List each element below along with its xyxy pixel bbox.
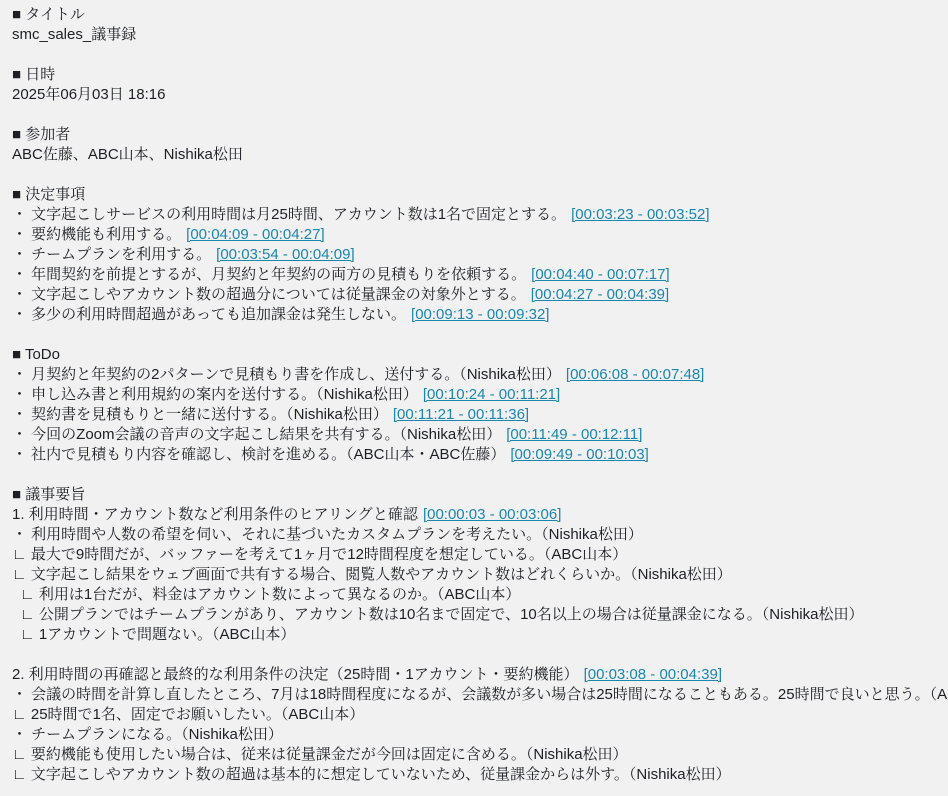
decision-item: ・ 年間契約を前提とするが、月契約と年契約の両方の見積もりを依頼する。[00:0… — [12, 265, 936, 285]
timestamp-link[interactable]: [00:10:24 - 00:11:21] — [423, 386, 560, 403]
summary-line: ∟ 25時間で1名、固定でお願いしたい。（ABC山本） — [12, 705, 936, 725]
decision-item: ・ 文字起こしサービスの利用時間は月25時間、アカウント数は1名で固定とする。[… — [12, 205, 936, 225]
participants-section: ■ 参加者 ABC佐藤、ABC山本、Nishika松田 — [12, 125, 936, 165]
todo-text: ・ 契約書を見積もりと一緒に送付する。（Nishika松田） — [12, 406, 388, 423]
todo-section: ■ ToDo ・ 月契約と年契約の2パターンで見積もり書を作成し、送付する。（N… — [12, 345, 936, 465]
timestamp-link[interactable]: [00:03:54 - 00:04:09] — [216, 246, 354, 263]
timestamp-link[interactable]: [00:11:49 - 00:12:11] — [506, 426, 642, 443]
decisions-section: ■ 決定事項 ・ 文字起こしサービスの利用時間は月25時間、アカウント数は1名で… — [12, 185, 936, 325]
timestamp-link[interactable]: [00:03:23 - 00:03:52] — [571, 206, 709, 223]
decision-text: ・ 文字起こしサービスの利用時間は月25時間、アカウント数は1名で固定とする。 — [12, 206, 566, 223]
participants-list: ABC佐藤、ABC山本、Nishika松田 — [12, 145, 936, 165]
summary-line: ∟ 公開プランではチームプランがあり、アカウント数は10名まで固定で、10名以上… — [12, 605, 936, 625]
timestamp-link[interactable]: [00:09:13 - 00:09:32] — [411, 306, 549, 323]
timestamp-link[interactable]: [00:03:08 - 00:04:39] — [584, 666, 722, 683]
summary-line: ∟ 文字起こし結果をウェブ画面で共有する場合、閲覧人数やアカウント数はどれくらい… — [12, 565, 936, 585]
decision-text: ・ 文字起こしやアカウント数の超過分については従量課金の対象外とする。 — [12, 286, 526, 303]
decision-text: ・ 要約機能も利用する。 — [12, 226, 181, 243]
datetime-section: ■ 日時 2025年06月03日 18:16 — [12, 65, 936, 105]
summary-topic-1: 1. 利用時間・アカウント数など利用条件のヒアリングと確認[00:00:03 -… — [12, 505, 936, 645]
decision-item: ・ 多少の利用時間超過があっても追加課金は発生しない。[00:09:13 - 0… — [12, 305, 936, 325]
timestamp-link[interactable]: [00:00:03 - 00:03:06] — [423, 506, 561, 523]
summary-line: ∟ 文字起こしやアカウント数の超過は基本的に想定していないため、従量課金からは外… — [12, 765, 936, 785]
section-heading-datetime: ■ 日時 — [12, 65, 936, 85]
todo-text: ・ 月契約と年契約の2パターンで見積もり書を作成し、送付する。（Nishika松… — [12, 366, 561, 383]
timestamp-link[interactable]: [00:04:27 - 00:04:39] — [531, 286, 669, 303]
decision-item: ・ 要約機能も利用する。[00:04:09 - 00:04:27] — [12, 225, 936, 245]
summary-topic-heading-text: 1. 利用時間・アカウント数など利用条件のヒアリングと確認 — [12, 506, 418, 523]
summary-line: ∟ 最大で9時間だが、バッファーを考えて1ヶ月で12時間程度を想定している。（A… — [12, 545, 936, 565]
todo-item: ・ 契約書を見積もりと一緒に送付する。（Nishika松田）[00:11:21 … — [12, 405, 936, 425]
meeting-minutes-document: ■ タイトル smc_sales_議事録 ■ 日時 2025年06月03日 18… — [0, 0, 948, 790]
summary-topic-heading: 2. 利用時間の再確認と最終的な利用条件の決定（25時間・1アカウント・要約機能… — [12, 665, 936, 685]
todo-item: ・ 申し込み書と利用規約の案内を送付する。（Nishika松田）[00:10:2… — [12, 385, 936, 405]
section-heading-participants: ■ 参加者 — [12, 125, 936, 145]
todo-text: ・ 申し込み書と利用規約の案内を送付する。（Nishika松田） — [12, 386, 418, 403]
timestamp-link[interactable]: [00:09:49 - 00:10:03] — [510, 446, 648, 463]
summary-topic-2: 2. 利用時間の再確認と最終的な利用条件の決定（25時間・1アカウント・要約機能… — [12, 665, 936, 785]
decision-item: ・ チームプランを利用する。[00:03:54 - 00:04:09] — [12, 245, 936, 265]
timestamp-link[interactable]: [00:11:21 - 00:11:36] — [393, 406, 529, 423]
todo-text: ・ 今回のZoom会議の音声の文字起こし結果を共有する。（Nishika松田） — [12, 426, 501, 443]
decision-item: ・ 文字起こしやアカウント数の超過分については従量課金の対象外とする。[00:0… — [12, 285, 936, 305]
summary-line: ∟ 要約機能も使用したい場合は、従来は従量課金だが今回は固定に含める。（Nish… — [12, 745, 936, 765]
summary-line: ・ 会議の時間を計算し直したところ、7月は18時間程度になるが、会議数が多い場合… — [12, 685, 936, 705]
timestamp-link[interactable]: [00:06:08 - 00:07:48] — [566, 366, 704, 383]
summary-line: ・ 利用時間や人数の希望を伺い、それに基づいたカスタムプランを考えたい。（Nis… — [12, 525, 936, 545]
decision-text: ・ 年間契約を前提とするが、月契約と年契約の両方の見積もりを依頼する。 — [12, 266, 526, 283]
summary-section: ■ 議事要旨 1. 利用時間・アカウント数など利用条件のヒアリングと確認[00:… — [12, 485, 936, 785]
title-section: ■ タイトル smc_sales_議事録 — [12, 5, 936, 45]
timestamp-link[interactable]: [00:04:09 - 00:04:27] — [186, 226, 324, 243]
todo-item: ・ 社内で見積もり内容を確認し、検討を進める。（ABC山本・ABC佐藤）[00:… — [12, 445, 936, 465]
meeting-title: smc_sales_議事録 — [12, 25, 936, 45]
summary-line: ∟ 利用は1台だが、料金はアカウント数によって異なるのか。（ABC山本） — [12, 585, 936, 605]
timestamp-link[interactable]: [00:04:40 - 00:07:17] — [531, 266, 669, 283]
summary-line: ∟ 1アカウントで問題ない。（ABC山本） — [12, 625, 936, 645]
todo-item: ・ 月契約と年契約の2パターンで見積もり書を作成し、送付する。（Nishika松… — [12, 365, 936, 385]
section-heading-todo: ■ ToDo — [12, 345, 936, 365]
decision-text: ・ チームプランを利用する。 — [12, 246, 211, 263]
meeting-datetime: 2025年06月03日 18:16 — [12, 85, 936, 105]
todo-item: ・ 今回のZoom会議の音声の文字起こし結果を共有する。（Nishika松田）[… — [12, 425, 936, 445]
todo-text: ・ 社内で見積もり内容を確認し、検討を進める。（ABC山本・ABC佐藤） — [12, 446, 505, 463]
decision-text: ・ 多少の利用時間超過があっても追加課金は発生しない。 — [12, 306, 406, 323]
section-heading-summary: ■ 議事要旨 — [12, 485, 936, 505]
summary-topic-heading: 1. 利用時間・アカウント数など利用条件のヒアリングと確認[00:00:03 -… — [12, 505, 936, 525]
section-heading-title: ■ タイトル — [12, 5, 936, 25]
summary-topic-heading-text: 2. 利用時間の再確認と最終的な利用条件の決定（25時間・1アカウント・要約機能… — [12, 666, 579, 683]
summary-line: ・ チームプランになる。（Nishika松田） — [12, 725, 936, 745]
section-heading-decisions: ■ 決定事項 — [12, 185, 936, 205]
